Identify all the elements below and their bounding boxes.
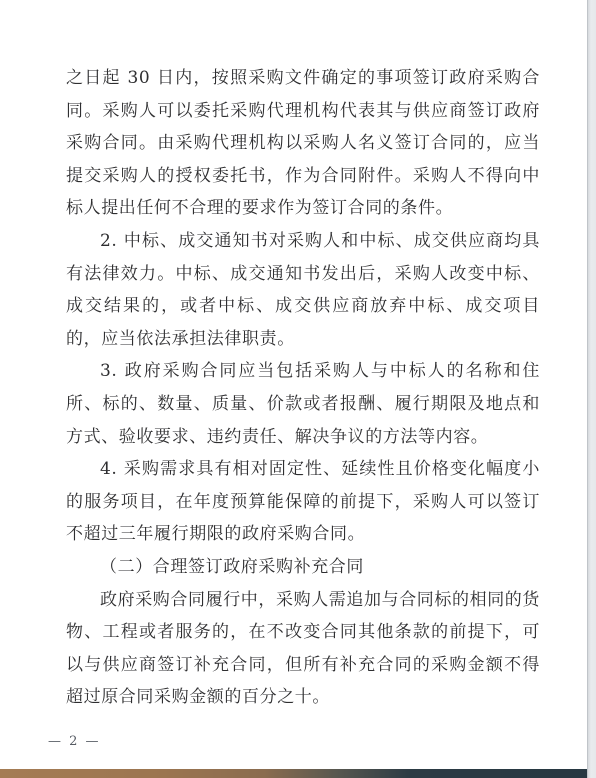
page-edge-strip	[587, 0, 596, 778]
document-page: 之日起 30 日内，按照采购文件确定的事项签订政府采购合同。采购人可以委托采购代…	[0, 0, 587, 778]
paragraph: 3. 政府采购合同应当包括采购人与中标人的名称和住所、标的、数量、质量、价款或者…	[66, 355, 540, 453]
document-text: 之日起 30 日内，按照采购文件确定的事项签订政府采购合同。采购人可以委托采购代…	[0, 0, 587, 714]
paragraph: 之日起 30 日内，按照采购文件确定的事项签订政府采购合同。采购人可以委托采购代…	[66, 62, 540, 225]
paragraph: 2. 中标、成交通知书对采购人和中标、成交供应商均具有法律效力。中标、成交通知书…	[66, 225, 540, 355]
paragraph: （二）合理签订政府采购补充合同	[66, 551, 540, 584]
page-number: — 2 —	[48, 734, 101, 749]
paragraph: 4. 采购需求具有相对固定性、延续性且价格变化幅度小的服务项目，在年度预算能保障…	[66, 453, 540, 551]
paragraph: 政府采购合同履行中，采购人需追加与合同标的相同的货物、工程或者服务的，在不改变合…	[66, 584, 540, 714]
scan-desk-edge-bar	[0, 769, 587, 778]
